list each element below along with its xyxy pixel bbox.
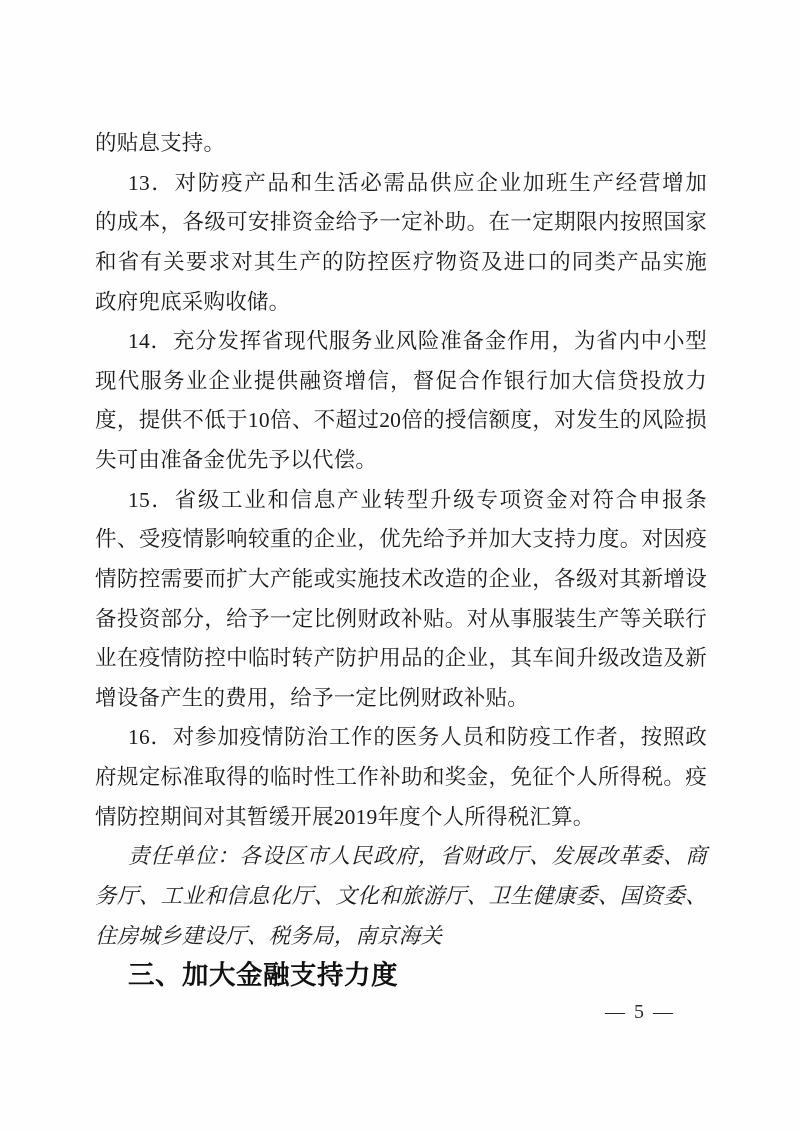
body-line: 16．对参加疫情防治工作的医务人员和防疫工作者，按照政 — [95, 718, 707, 758]
paragraph-item-16: 16．对参加疫情防治工作的医务人员和防疫工作者，按照政 府规定标准取得的临时性工… — [95, 718, 707, 837]
document-page: 的贴息支持。 13．对防疫产品和生活必需品供应企业加班生产经营增加 的成本，各级… — [0, 0, 800, 1131]
body-line: 度，提供不低于10倍、不超过20倍的授信额度，对发生的风险损 — [95, 401, 707, 441]
body-line: 13．对防疫产品和生活必需品供应企业加班生产经营增加 — [95, 164, 707, 204]
paragraph-responsible-units: 责任单位：各设区市人民政府，省财政厅、发展改革委、商 务厅、工业和信息化厅、文化… — [95, 837, 707, 956]
body-line: 现代服务业企业提供融资增信，督促合作银行加大信贷投放力 — [95, 362, 707, 402]
body-line: 件、受疫情影响较重的企业，优先给予并加大支持力度。对因疫 — [95, 520, 707, 560]
section-heading-text: 三、加大金融支持力度 — [95, 956, 707, 996]
body-line: 失可由准备金优先予以代偿。 — [95, 441, 707, 481]
body-line: 增设备产生的费用，给予一定比例财政补贴。 — [95, 679, 707, 719]
body-line: 情防控期间对其暂缓开展2019年度个人所得税汇算。 — [95, 798, 707, 838]
body-line: 15．省级工业和信息产业转型升级专项资金对符合申报条 — [95, 481, 707, 521]
body-line: 14．充分发挥省现代服务业风险准备金作用，为省内中小型 — [95, 322, 707, 362]
body-line: 务厅、工业和信息化厅、文化和旅游厅、卫生健康委、国资委、 — [95, 877, 707, 917]
paragraph-item-14: 14．充分发挥省现代服务业风险准备金作用，为省内中小型 现代服务业企业提供融资增… — [95, 322, 707, 481]
paragraph-item-15: 15．省级工业和信息产业转型升级专项资金对符合申报条 件、受疫情影响较重的企业，… — [95, 481, 707, 719]
page-number: — 5 — — [605, 999, 675, 1025]
body-line: 备投资部分，给予一定比例财政补贴。对从事服装生产等关联行 — [95, 600, 707, 640]
body-line: 的成本，各级可安排资金给予一定补助。在一定期限内按照国家 — [95, 203, 707, 243]
page-body-text: 的贴息支持。 13．对防疫产品和生活必需品供应企业加班生产经营增加 的成本，各级… — [95, 124, 707, 996]
body-line: 政府兜底采购收储。 — [95, 283, 707, 323]
paragraph-continuation: 的贴息支持。 — [95, 124, 707, 164]
body-line: 府规定标准取得的临时性工作补助和奖金，免征个人所得税。疫 — [95, 758, 707, 798]
body-line: 情防控需要而扩大产能或实施技术改造的企业，各级对其新增设 — [95, 560, 707, 600]
body-line: 的贴息支持。 — [95, 124, 707, 164]
paragraph-item-13: 13．对防疫产品和生活必需品供应企业加班生产经营增加 的成本，各级可安排资金给予… — [95, 164, 707, 323]
body-line: 业在疫情防控中临时转产防护用品的企业，其车间升级改造及新 — [95, 639, 707, 679]
body-line: 和省有关要求对其生产的防控医疗物资及进口的同类产品实施 — [95, 243, 707, 283]
section-heading: 三、加大金融支持力度 — [95, 956, 707, 996]
body-line: 责任单位：各设区市人民政府，省财政厅、发展改革委、商 — [95, 837, 707, 877]
body-line: 住房城乡建设厅、税务局，南京海关 — [95, 917, 707, 957]
